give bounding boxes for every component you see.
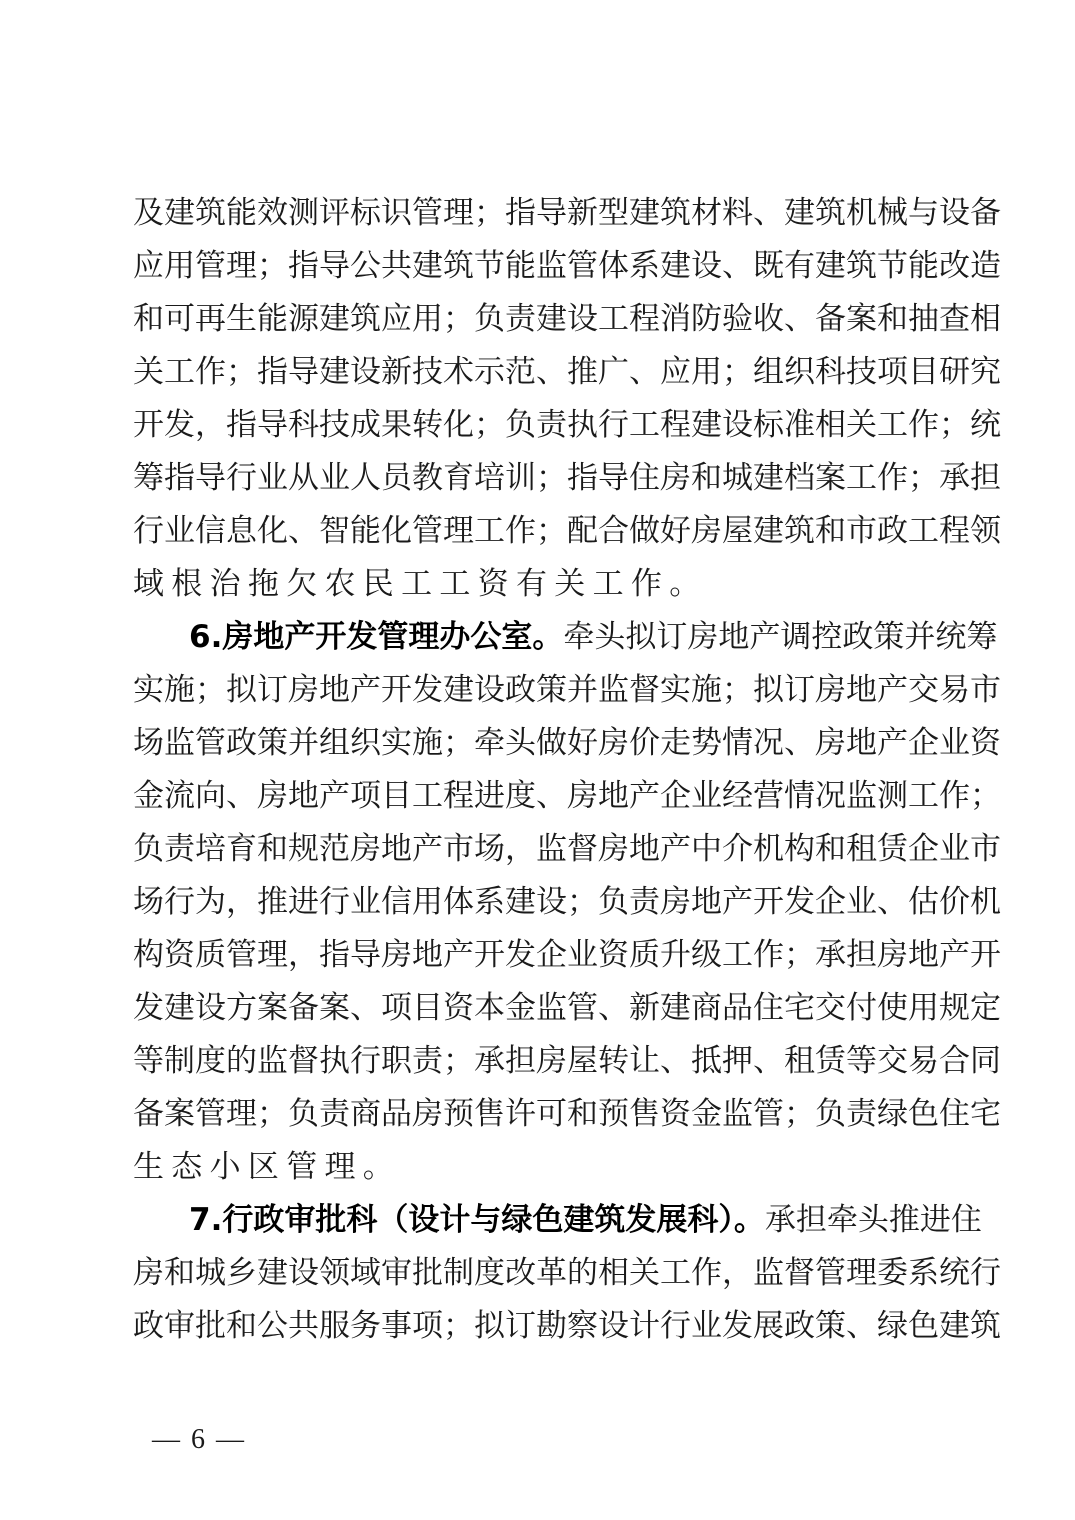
section-7-heading: 7.行政审批科（设计与绿色建筑发展科）。 xyxy=(189,1202,765,1238)
text-line: 备案管理；负责商品房预售许可和预售资金监管；负责绿色住宅 xyxy=(133,1088,945,1140)
text-line: 域根治拖欠农民工工资有关工作。 xyxy=(133,558,945,610)
text-line: 政审批和公共服务事项；拟订勘察设计行业发展政策、绿色建筑 xyxy=(133,1300,945,1352)
text-line: 场行为，推进行业信用体系建设；负责房地产开发企业、估价机 xyxy=(133,876,945,928)
text-line: 负责培育和规范房地产市场，监督房地产中介机构和租赁企业市 xyxy=(133,823,945,875)
text-line: 生态小区管理。 xyxy=(133,1141,945,1193)
text-line: 和可再生能源建筑应用；负责建设工程消防验收、备案和抽查相 xyxy=(133,293,945,345)
text-line: 场监管政策并组织实施；牵头做好房价走势情况、房地产企业资 xyxy=(133,717,945,769)
text-line: 等制度的监督执行职责；承担房屋转让、抵押、租赁等交易合同 xyxy=(133,1035,945,1087)
section-6-first-line: 6.房地产开发管理办公室。牵头拟订房地产调控政策并统筹 xyxy=(189,611,945,663)
text-line: 筹指导行业从业人员教育培训；指导住房和城建档案工作；承担 xyxy=(133,452,945,504)
text-line: 应用管理；指导公共建筑节能监管体系建设、既有建筑节能改造 xyxy=(133,240,945,292)
text-line: 房和城乡建设领域审批制度改革的相关工作，监督管理委系统行 xyxy=(133,1247,945,1299)
text-line: 及建筑能效测评标识管理；指导新型建筑材料、建筑机械与设备 xyxy=(133,187,945,239)
text-line: 金流向、房地产项目工程进度、房地产企业经营情况监测工作； xyxy=(133,770,945,822)
section-7-first-line-text: 承担牵头推进住 xyxy=(765,1202,982,1238)
document-page: 及建筑能效测评标识管理；指导新型建筑材料、建筑机械与设备 应用管理；指导公共建筑… xyxy=(0,0,1075,1520)
text-line: 构资质管理，指导房地产开发企业资质升级工作；承担房地产开 xyxy=(133,929,945,981)
text-line: 开发，指导科技成果转化；负责执行工程建设标准相关工作；统 xyxy=(133,399,945,451)
text-line: 行业信息化、智能化管理工作；配合做好房屋建筑和市政工程领 xyxy=(133,505,945,557)
text-line: 关工作；指导建设新技术示范、推广、应用；组织科技项目研究 xyxy=(133,346,945,398)
section-7-first-line: 7.行政审批科（设计与绿色建筑发展科）。承担牵头推进住 xyxy=(189,1194,945,1246)
text-line: 发建设方案备案、项目资本金监管、新建商品住宅交付使用规定 xyxy=(133,982,945,1034)
section-6-heading: 6.房地产开发管理办公室。 xyxy=(189,619,563,655)
section-6-first-line-text: 牵头拟订房地产调控政策并统筹 xyxy=(563,619,997,655)
page-number: — 6 — xyxy=(152,1424,246,1456)
text-line: 实施；拟订房地产开发建设政策并监督实施；拟订房地产交易市 xyxy=(133,664,945,716)
